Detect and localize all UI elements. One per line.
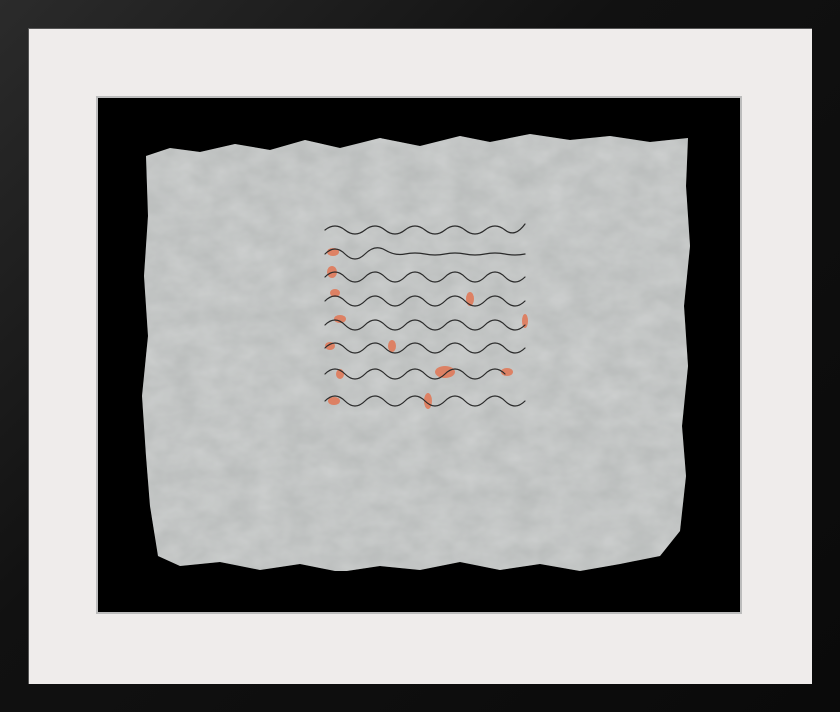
artwork-mount xyxy=(98,98,740,612)
handmade-paper xyxy=(140,126,690,571)
picture-frame xyxy=(0,0,840,712)
